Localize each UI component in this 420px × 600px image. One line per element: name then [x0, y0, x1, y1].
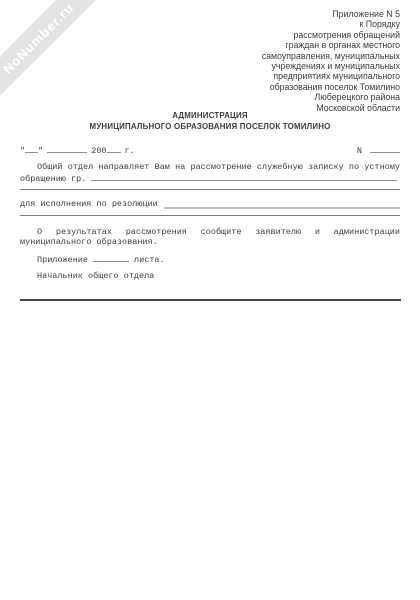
appendix-note-line: Приложение N 5	[262, 9, 400, 19]
year-blank-line	[107, 144, 121, 153]
attachment-count-blank-line	[93, 253, 129, 262]
date-year-suffix: г.	[125, 146, 135, 156]
addressee-blank-line	[91, 172, 397, 181]
paragraph-notify-text: О результатах рассмотрения сообщите заяв…	[20, 227, 400, 247]
appendix-note-line: Люберецкого района	[262, 92, 400, 102]
appendix-note-line: Московской области	[262, 103, 400, 113]
document-page: NoNumber.ru Приложение N 5 к Порядку рас…	[0, 0, 420, 600]
date-close-quote: "	[38, 146, 43, 156]
appendix-note-line: граждан в органах местного	[262, 40, 400, 50]
document-title: АДМИНИСТРАЦИЯ МУНИЦИПАЛЬНОГО ОБРАЗОВАНИЯ…	[0, 111, 420, 132]
document-number-field: N	[357, 144, 400, 156]
appendix-note: Приложение N 5 к Порядку рассмотрения об…	[262, 9, 400, 113]
resolution-row: для исполнения по резолюции	[20, 199, 400, 209]
resolution-label: для исполнения по резолюции	[20, 199, 158, 209]
number-blank-line	[370, 144, 400, 153]
appendix-note-line: учреждениях и муниципальных	[262, 61, 400, 71]
paragraph-notify: О результатах рассмотрения сообщите заяв…	[20, 227, 400, 248]
date-century: 200	[91, 146, 106, 156]
attachment-row: Приложениелиста.	[37, 253, 165, 265]
document-title-line2: МУНИЦИПАЛЬНОГО ОБРАЗОВАНИЯ ПОСЕЛОК ТОМИЛ…	[0, 122, 420, 133]
appendix-note-line: самоуправления, муниципальных	[262, 51, 400, 61]
watermark-text: NoNumber.ru	[0, 0, 76, 76]
blank-rule-line	[20, 189, 400, 190]
signature-title: Начальник общего отдела	[37, 271, 154, 281]
appendix-note-line: рассмотрения обращений	[262, 30, 400, 40]
paragraph-forwarding: Общий отдел направляет Вам на рассмотрен…	[20, 162, 400, 185]
date-field: ""200г.	[20, 144, 135, 156]
attachment-tail: листа.	[134, 255, 165, 265]
attachment-label: Приложение	[37, 255, 88, 265]
number-label: N	[357, 146, 362, 156]
appendix-note-line: предприятиях муниципального	[262, 71, 400, 81]
date-and-number-row: ""200г. N	[20, 144, 400, 156]
appendix-note-line: к Порядку	[262, 19, 400, 29]
bottom-separator-rule	[20, 299, 401, 301]
month-blank-line	[47, 144, 87, 153]
watermark-ribbon: NoNumber.ru	[0, 0, 119, 119]
appendix-note-line: образования поселок Томилино	[262, 82, 400, 92]
resolution-blank-line	[164, 199, 400, 209]
blank-rule-line	[20, 215, 400, 216]
day-blank-line	[25, 144, 38, 153]
